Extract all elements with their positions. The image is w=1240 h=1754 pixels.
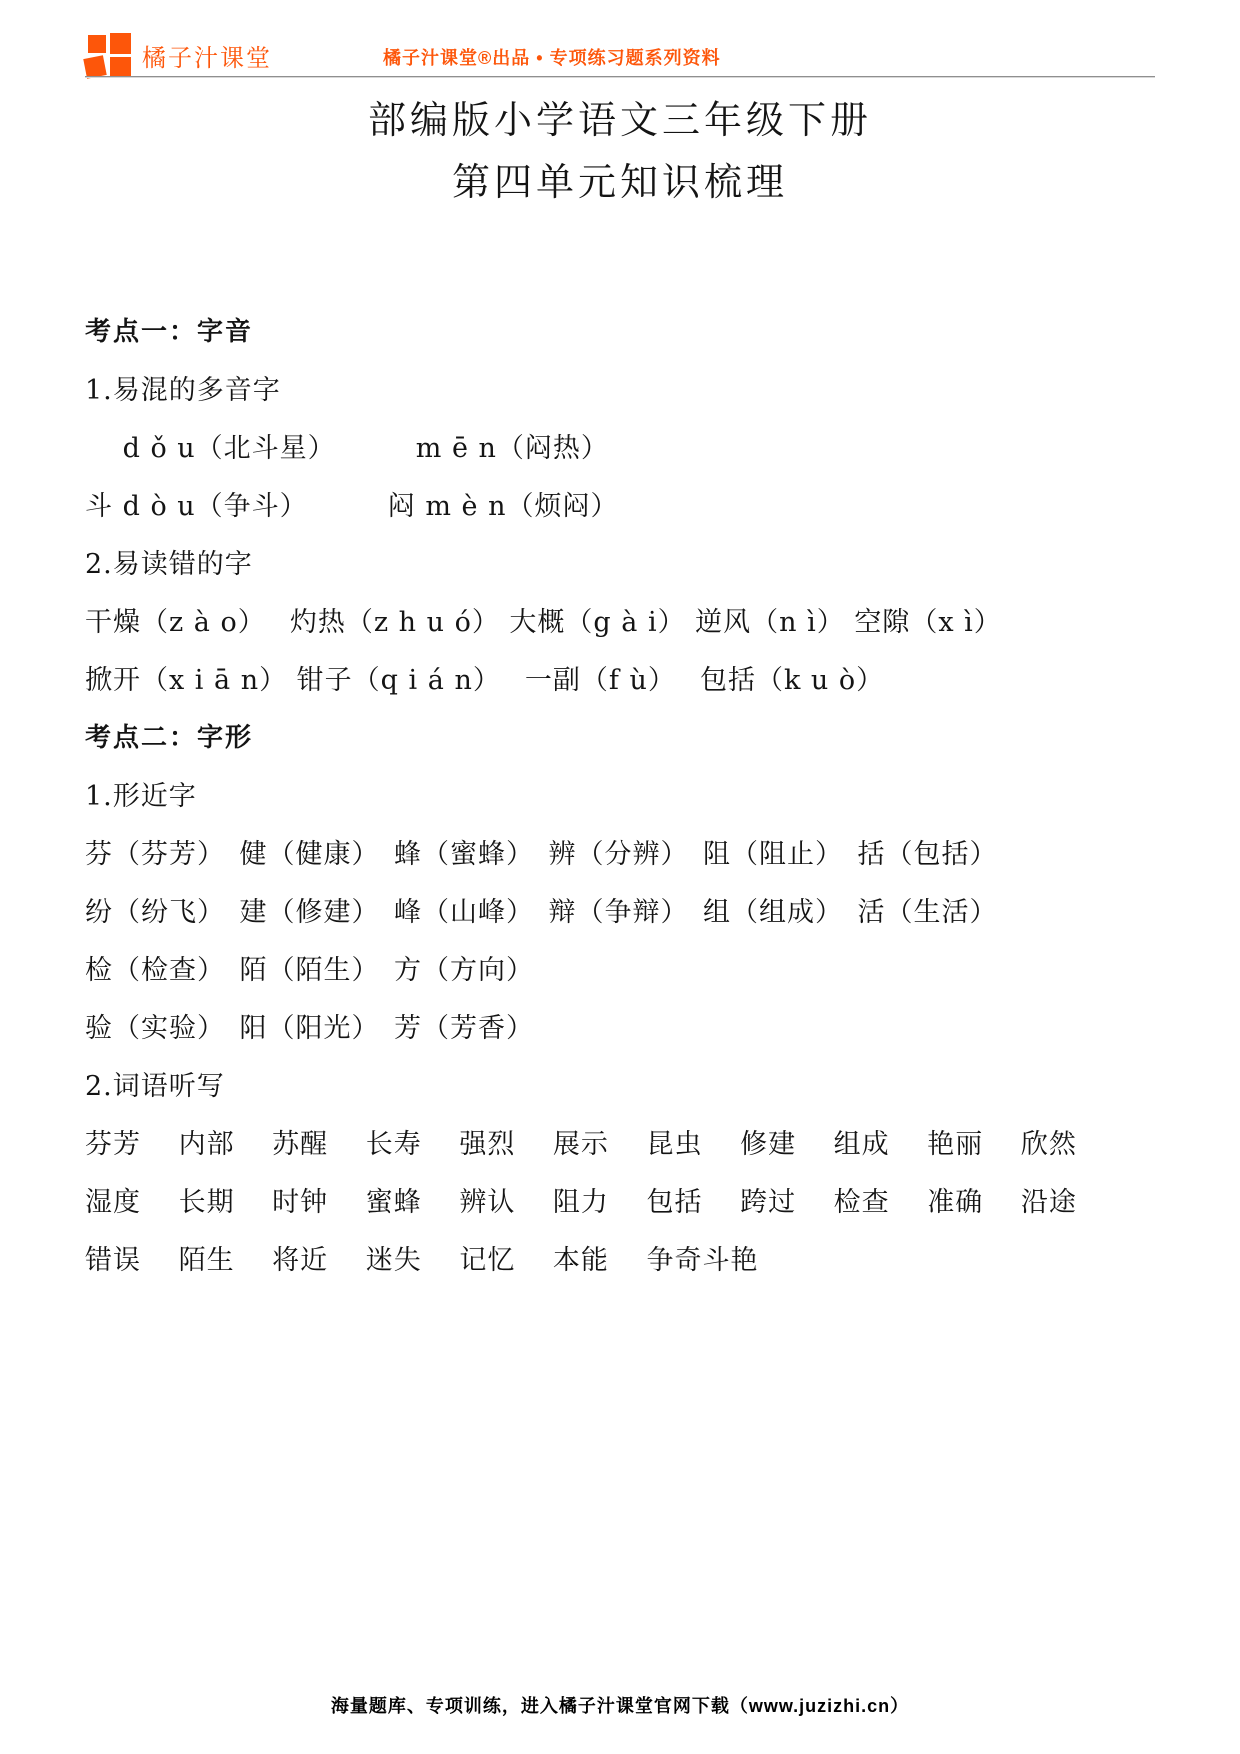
- pinyin-line-dou-men-2: 斗 d ò u（争斗） 闷 m è n（烦闷）: [85, 474, 1200, 532]
- logo-square-top-left: [88, 35, 106, 53]
- page-footer: 海量题库、专项训练，进入橘子汁课堂官网下载（www.juzizhi.cn）: [0, 1692, 1240, 1718]
- ciyu-row-3: 错误 陌生 将近 迷失 记忆 本能 争奇斗艳: [85, 1228, 1200, 1286]
- subheading-yiducuo: 2.易读错的字: [85, 532, 1200, 590]
- document-page: 橘子汁课堂 橘子汁课堂®出品 • 专项练习题系列资料 部编版小学语文三年级下册 …: [0, 0, 1240, 1754]
- xingjinzi-row-2: 纷（纷飞） 建（修建） 峰（山峰） 辩（争辩） 组（组成） 活（生活）: [85, 880, 1200, 938]
- ciyu-row-2: 湿度 长期 时钟 蜜蜂 辨认 阻力 包括 跨过 检查 准确 沿途: [85, 1170, 1200, 1228]
- doc-content: 考点一：字音 1.易混的多音字 d ǒ u（北斗星） m ē n（闷热） 斗 d…: [85, 300, 1200, 1286]
- xingjinzi-row-4: 验（实验） 阳（阳光） 芳（芳香）: [85, 996, 1200, 1054]
- logo-squares-icon: [85, 32, 132, 79]
- subheading-duoyinzi: 1.易混的多音字: [85, 358, 1200, 416]
- footer-text: 海量题库、专项训练，进入橘子汁课堂官网下载（www.juzizhi.cn）: [331, 1696, 909, 1716]
- ciyu-row-1: 芬芳 内部 苏醒 长寿 强烈 展示 昆虫 修建 组成 艳丽 欣然: [85, 1112, 1200, 1170]
- brand-logo: 橘子汁课堂: [85, 32, 272, 79]
- heading-kaodian-1: 考点一：字音: [85, 300, 1200, 358]
- logo-square-top-right: [110, 33, 131, 54]
- doc-title-line1: 部编版小学语文三年级下册: [0, 94, 1240, 146]
- yiducuo-row-1: 干燥（z à o） 灼热（z h u ó） 大概（g à i） 逆风（n ì） …: [85, 590, 1200, 648]
- yiducuo-row-2: 掀开（x i ā n） 钳子（q i á n） 一副（f ù） 包括（k u ò…: [85, 648, 1200, 706]
- xingjinzi-row-3: 检（检查） 陌（陌生） 方（方向）: [85, 938, 1200, 996]
- header-divider: [85, 76, 1155, 78]
- subheading-xingjinzi: 1.形近字: [85, 764, 1200, 822]
- brand-name: 橘子汁课堂: [142, 38, 272, 73]
- xingjinzi-row-1: 芬（芬芳） 健（健康） 蜂（蜜蜂） 辨（分辨） 阻（阻止） 括（包括）: [85, 822, 1200, 880]
- document-title: 部编版小学语文三年级下册 第四单元知识梳理: [0, 94, 1240, 208]
- header-tagline: 橘子汁课堂®出品 • 专项练习题系列资料: [383, 44, 721, 70]
- doc-title-line2: 第四单元知识梳理: [0, 156, 1240, 208]
- heading-kaodian-2: 考点二：字形: [85, 706, 1200, 764]
- page-header: 橘子汁课堂 橘子汁课堂®出品 • 专项练习题系列资料: [0, 0, 1240, 80]
- logo-square-bottom-right: [110, 57, 131, 78]
- pinyin-line-dou-men-1: d ǒ u（北斗星） m ē n（闷热）: [85, 416, 1200, 474]
- subheading-ciyutingxie: 2.词语听写: [85, 1054, 1200, 1112]
